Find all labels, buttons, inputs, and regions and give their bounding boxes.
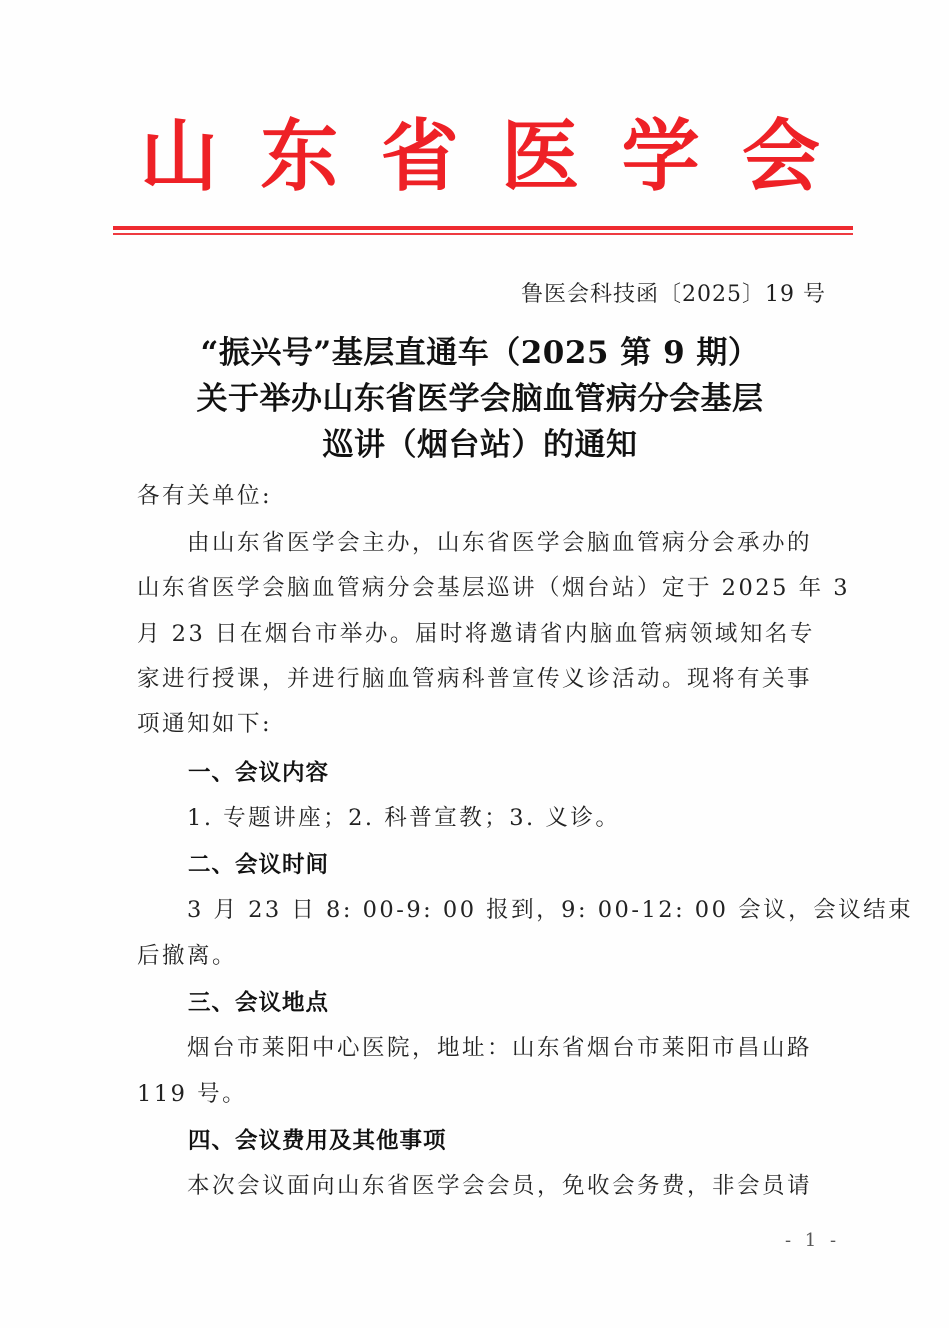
intro-line: 月 23 日在烟台市举办。届时将邀请省内脑血管病领域知名专 [137, 616, 833, 648]
masthead-char: 医 [501, 112, 579, 202]
section-text: 后撤离。 [137, 938, 833, 970]
intro-line: 家进行授课，并进行脑血管病科普宣传义诊活动。现将有关事 [137, 661, 833, 693]
intro-line: 项通知如下: [137, 706, 833, 738]
document-number: 鲁医会科技函〔2025〕19 号 [521, 280, 826, 310]
section-heading-fees: 四、会议费用及其他事项 [188, 1123, 447, 1155]
section-heading-location: 三、会议地点 [188, 985, 329, 1017]
title-line-3: 巡讲（烟台站）的通知 [130, 422, 830, 468]
intro-line: 由山东省医学会主办，山东省医学会脑血管病分会承办的 [137, 525, 833, 557]
masthead-char: 学 [622, 112, 700, 202]
masthead-char: 会 [742, 112, 820, 202]
masthead-char: 省 [381, 112, 459, 202]
section-heading-content: 一、会议内容 [188, 755, 329, 787]
section-text: 3 月 23 日 8: 00-9: 00 报到，9: 00-12: 00 会议，… [137, 892, 833, 924]
masthead-divider-thin [113, 233, 853, 235]
title-line-2: 关于举办山东省医学会脑血管病分会基层 [130, 376, 830, 422]
document-page: 山 东 省 医 学 会 鲁医会科技函〔2025〕19 号 “振兴号”基层直通车（… [0, 0, 949, 1328]
section-text: 本次会议面向山东省医学会会员，免收会务费，非会员请 [137, 1168, 833, 1200]
section-text: 1. 专题讲座；2. 科普宣教；3. 义诊。 [137, 800, 833, 832]
page-number: - 1 - [785, 1230, 840, 1251]
salutation: 各有关单位: [137, 478, 833, 510]
intro-line: 山东省医学会脑血管病分会基层巡讲（烟台站）定于 2025 年 3 [137, 570, 833, 602]
masthead-divider-thick [113, 226, 853, 230]
masthead-org-name: 山 东 省 医 学 会 [140, 112, 820, 202]
section-heading-time: 二、会议时间 [188, 847, 329, 879]
masthead-char: 山 [140, 112, 218, 202]
section-text: 烟台市莱阳中心医院，地址：山东省烟台市莱阳市昌山路 [137, 1030, 833, 1062]
title-line-1: “振兴号”基层直通车（2025 第 9 期） [130, 330, 830, 376]
section-text: 119 号。 [137, 1076, 833, 1108]
masthead-char: 东 [260, 112, 338, 202]
document-title: “振兴号”基层直通车（2025 第 9 期） 关于举办山东省医学会脑血管病分会基… [130, 330, 830, 468]
